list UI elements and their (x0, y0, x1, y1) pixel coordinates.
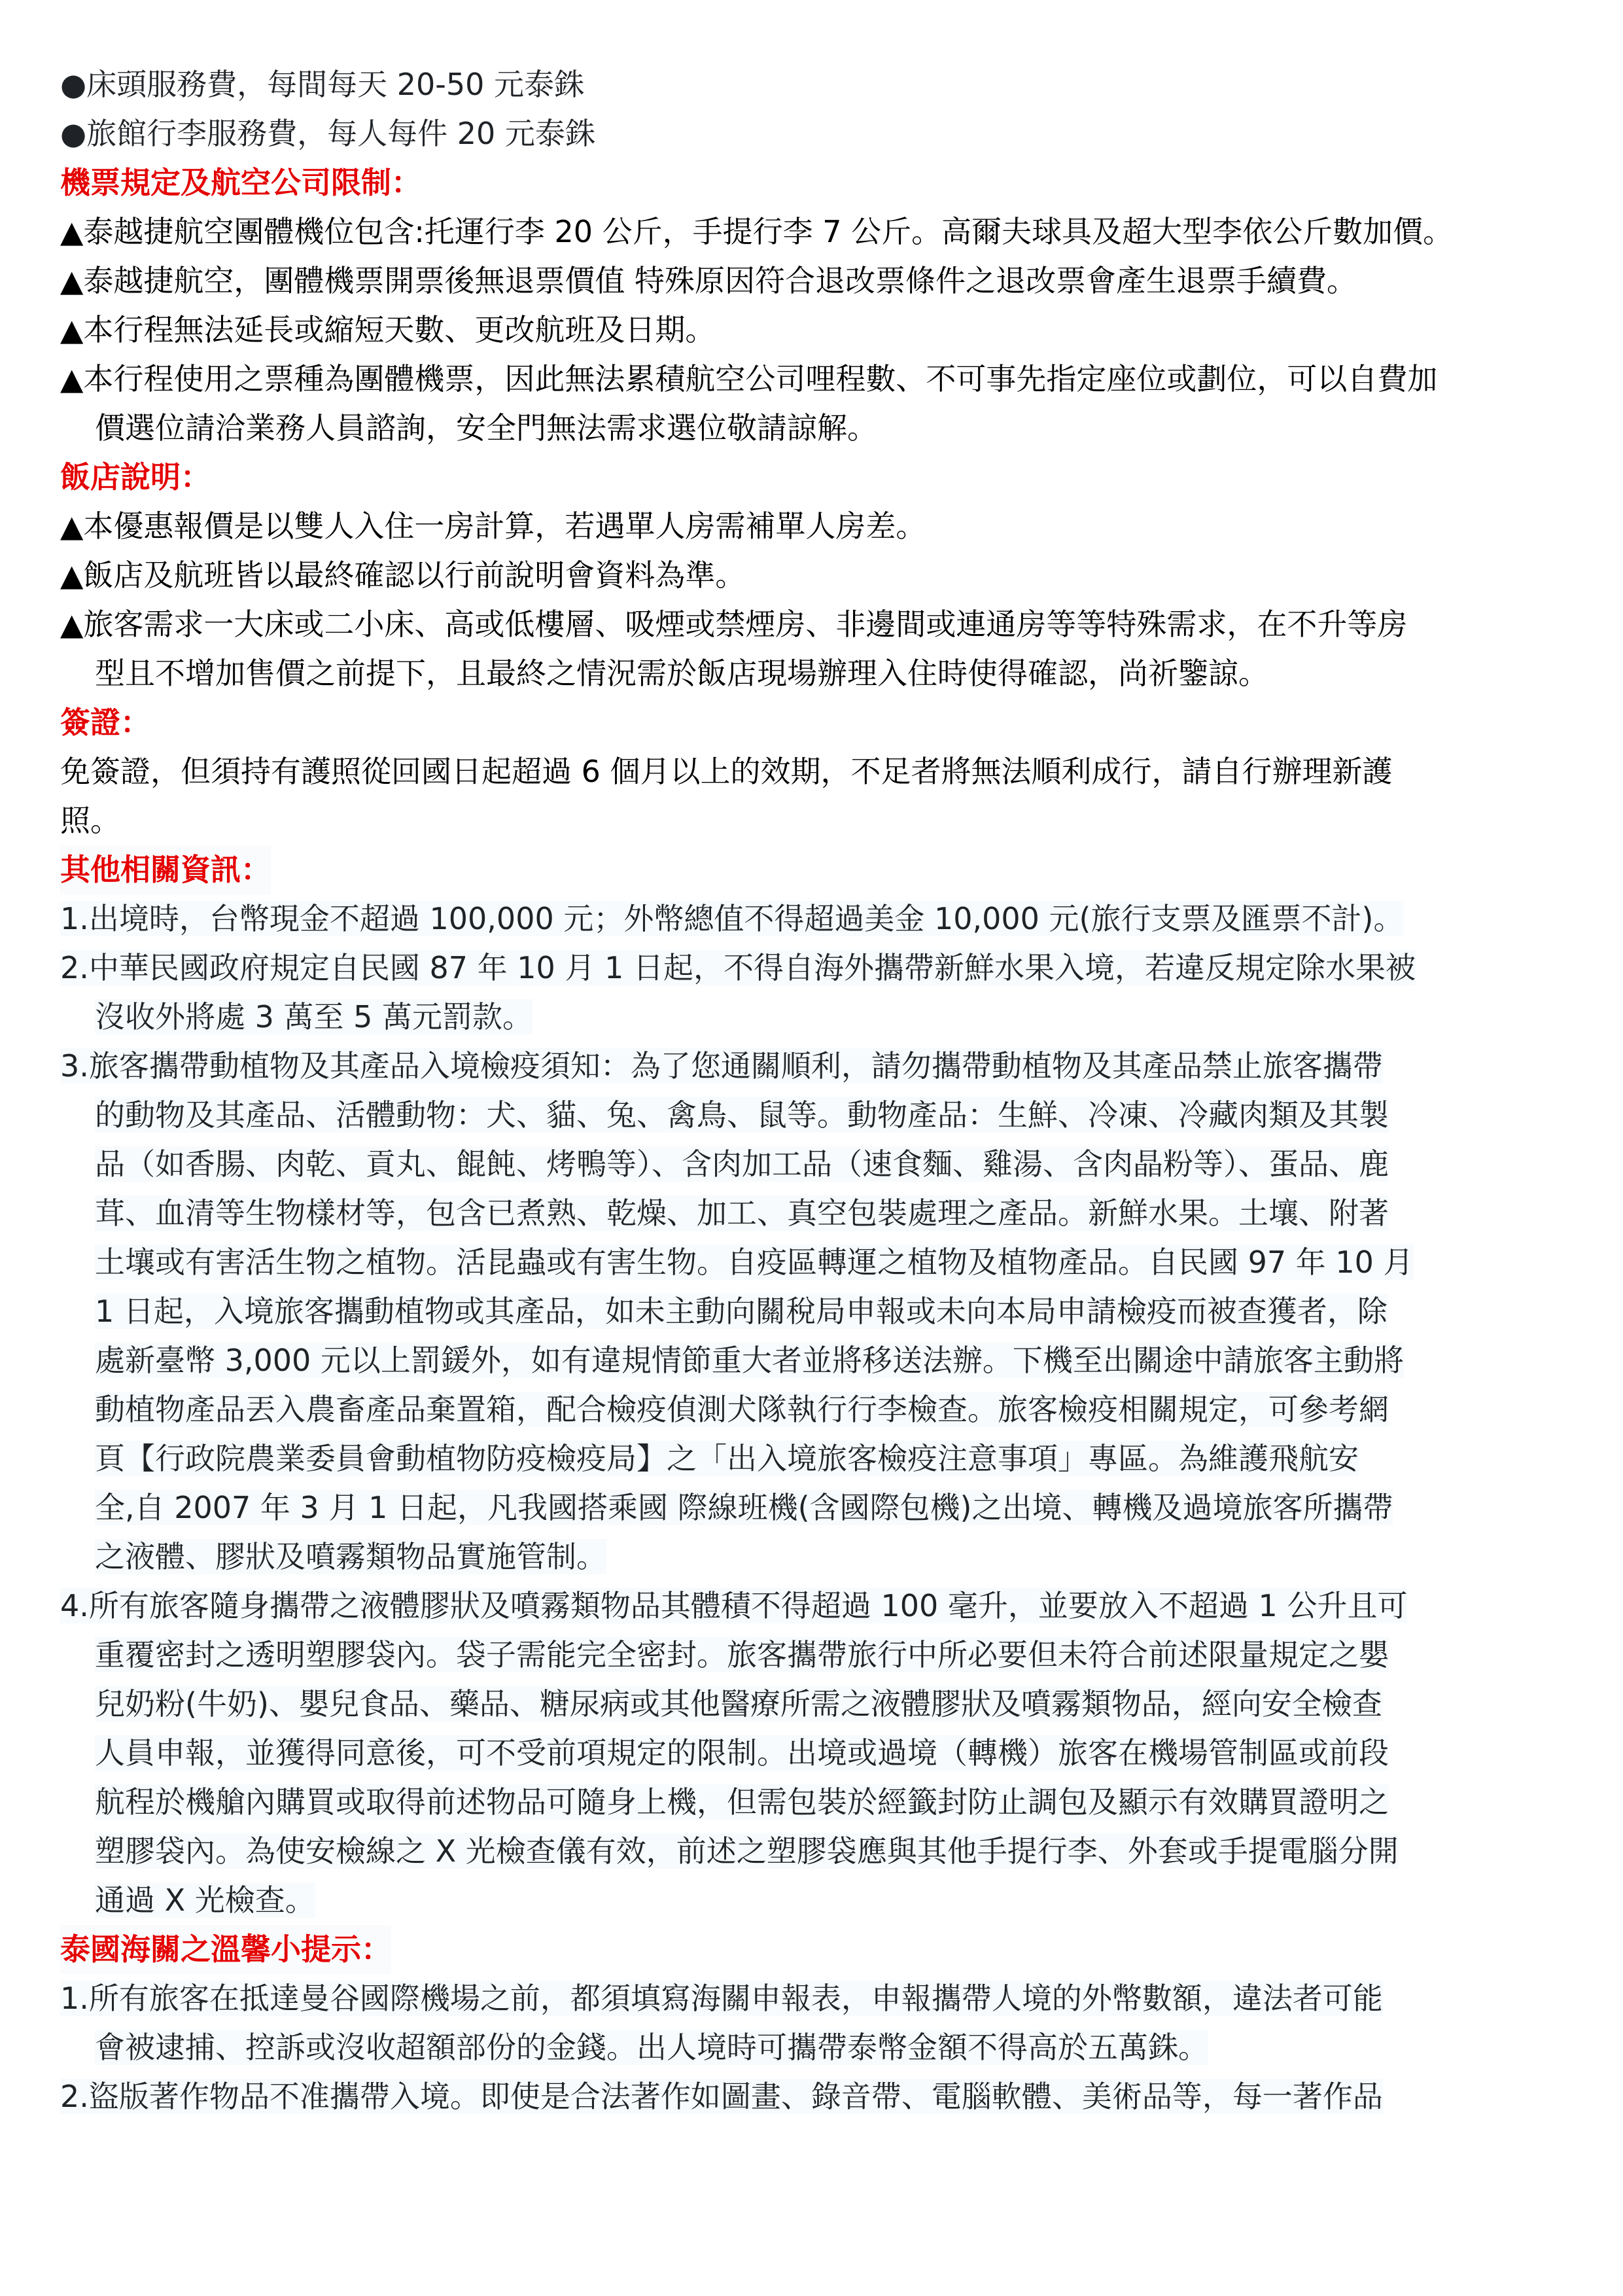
other-item-3-cont: 全,自 2007 年 3 月 1 日起，凡我國搭乘國 際線班機(含國際包機)之出… (95, 1483, 1393, 1532)
visa-text-cont: 照。 (60, 796, 120, 845)
other-item-3-cont: 的動物及其產品、活體動物：犬、貓、兔、禽鳥、鼠等。動物產品：生鮮、冷凍、冷藏肉類… (95, 1091, 1389, 1140)
heading-thai-customs-tips: 泰國海關之溫馨小提示： (60, 1925, 391, 1974)
visa-text: 免簽證，但須持有護照從回國日起超過 6 個月以上的效期，不足者將無法順利成行，請… (60, 747, 1393, 796)
other-item-3-cont: 1 日起，入境旅客攜動植物或其產品，如未主動向關稅局申報或未向本局申請檢疫而被查… (95, 1287, 1387, 1336)
other-item-3-cont: 處新臺幣 3,000 元以上罰鍰外，如有違規情節重大者並將移送法辦。下機至出關途… (95, 1336, 1404, 1385)
other-item-2-cont: 沒收外將處 3 萬至 5 萬元罰款。 (95, 993, 532, 1042)
ticket-rule-no-change: ▲本行程無法延長或縮短天數、更改航班及日期。 (60, 306, 715, 355)
customs-item-2: 2.盜版著作物品不准攜帶入境。即使是合法著作如圖畫、錄音帶、電腦軟體、美術品等，… (60, 2072, 1383, 2121)
hotel-rule-special-request: ▲旅客需求一大床或二小床、高或低樓層、吸煙或禁煙房、非邊間或連通房等等特殊需求，… (60, 600, 1407, 649)
other-item-4-cont: 航程於機艙內購買或取得前述物品可隨身上機，但需包裝於經籤封防止調包及顯示有效購買… (95, 1778, 1389, 1827)
other-item-4-cont: 兒奶粉(牛奶)、嬰兒食品、藥品、糖尿病或其他醫療所需之液體膠狀及噴霧類物品，經向… (95, 1680, 1382, 1729)
tip-luggage-service: ●旅館行李服務費，每人每件 20 元泰銖 (60, 109, 595, 158)
other-item-3-cont: 土壤或有害活生物之植物。活昆蟲或有害生物。自疫區轉運之植物及植物產品。自民國 9… (95, 1238, 1414, 1287)
other-item-3-cont: 之液體、膠狀及噴霧類物品實施管制。 (95, 1532, 606, 1581)
hotel-rule-twin-share: ▲本優惠報價是以雙人入住一房計算，若遇單人房需補單人房差。 (60, 502, 926, 551)
heading-ticket-rules: 機票規定及航空公司限制： (60, 158, 421, 207)
customs-item-1: 1.所有旅客在抵達曼谷國際機場之前，都須填寫海關申報表，申報攜帶人境的外幣數額，… (60, 1974, 1383, 2023)
hotel-rule-special-request-cont: 型且不增加售價之前提下，且最終之情況需於飯店現場辦理入住時使得確認，尚祈鑒諒。 (95, 649, 1268, 698)
heading-visa: 簽證： (60, 698, 150, 747)
other-item-3-cont: 品（如香腸、肉乾、貢丸、餛飩、烤鴨等）、含肉加工品（速食麵、雞湯、含肉晶粉等）、… (95, 1140, 1389, 1189)
customs-item-1-cont: 會被逮捕、控訴或沒收超額部份的金錢。出人境時可攜帶泰幣金額不得高於五萬銖。 (95, 2023, 1208, 2072)
other-item-1: 1.出境時，台幣現金不超過 100,000 元；外幣總值不得超過美金 10,00… (60, 894, 1403, 944)
other-item-4-cont: 通過 X 光檢查。 (95, 1876, 315, 1925)
other-item-4-cont: 重覆密封之透明塑膠袋內。袋子需能完全密封。旅客攜帶旅行中所必要但未符合前述限量規… (95, 1631, 1389, 1680)
other-item-4: 4.所有旅客隨身攜帶之液體膠狀及噴霧類物品其體積不得超過 100 毫升，並要放入… (60, 1581, 1407, 1631)
document-page: ●床頭服務費，每間每天 20-50 元泰銖 ●旅館行李服務費，每人每件 20 元… (0, 0, 1623, 2296)
heading-other-info: 其他相關資訊： (60, 845, 271, 894)
other-item-3-cont: 頁【行政院農業委員會動植物防疫檢疫局】之「出入境旅客檢疫注意事項」專區。為維護飛… (95, 1434, 1359, 1483)
other-item-3: 3.旅客攜帶動植物及其產品入境檢疫須知：為了您通關順利，請勿攜帶動植物及其產品禁… (60, 1042, 1383, 1091)
other-item-4-cont: 人員申報，並獲得同意後，可不受前項規定的限制。出境或過境（轉機）旅客在機場管制區… (95, 1729, 1389, 1778)
other-item-3-cont: 動植物產品丟入農畜產品棄置箱，配合檢疫偵測犬隊執行行李檢查。旅客檢疫相關規定，可… (95, 1385, 1389, 1434)
ticket-rule-baggage: ▲泰越捷航空團體機位包含:托運行李 20 公斤，手提行李 7 公斤。高爾夫球具及… (60, 207, 1453, 256)
other-item-3-cont: 茸、血清等生物樣材等，包含已煮熟、乾燥、加工、真空包裝處理之產品。新鮮水果。土壤… (95, 1189, 1389, 1238)
ticket-rule-group-fare-cont: 價選位請洽業務人員諮詢，安全門無法需求選位敬請諒解。 (95, 404, 877, 453)
ticket-rule-group-fare: ▲本行程使用之票種為團體機票，因此無法累積航空公司哩程數、不可事先指定座位或劃位… (60, 355, 1437, 404)
heading-hotel-info: 飯店說明： (60, 453, 211, 502)
hotel-rule-final-confirm: ▲飯店及航班皆以最終確認以行前說明會資料為準。 (60, 551, 745, 600)
ticket-rule-refund: ▲泰越捷航空，團體機票開票後無退票價值 特殊原因符合退改票條件之退改票會產生退票… (60, 256, 1357, 306)
other-item-4-cont: 塑膠袋內。為使安檢線之 X 光檢查儀有效，前述之塑膠袋應與其他手提行李、外套或手… (95, 1827, 1399, 1876)
other-item-2: 2.中華民國政府規定自民國 87 年 10 月 1 日起，不得自海外攜帶新鮮水果… (60, 944, 1416, 993)
tip-bedside-service: ●床頭服務費，每間每天 20-50 元泰銖 (60, 60, 584, 109)
